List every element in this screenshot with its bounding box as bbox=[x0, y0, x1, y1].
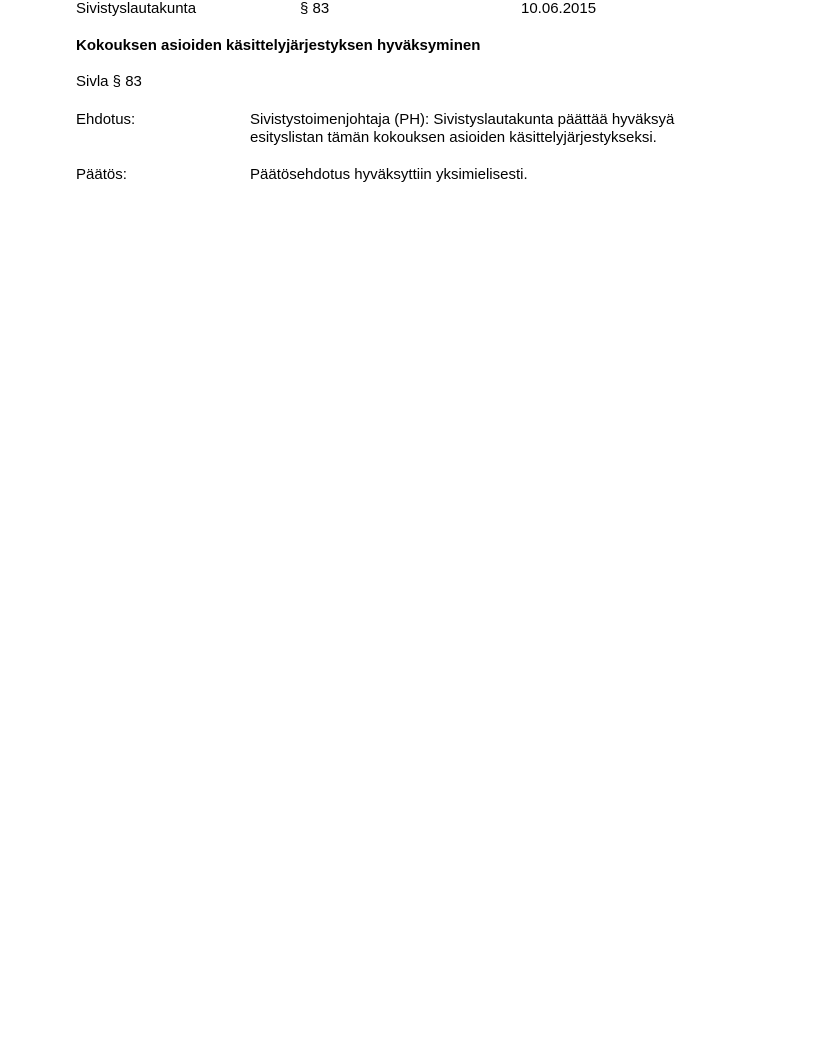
document-title: Kokouksen asioiden käsittelyjärjestyksen… bbox=[76, 37, 480, 55]
header-date: 10.06.2015 bbox=[521, 0, 596, 17]
document-reference: Sivla § 83 bbox=[76, 73, 142, 91]
decision-line: Päätösehdotus hyväksyttiin yksimielisest… bbox=[250, 166, 730, 184]
proposal-label: Ehdotus: bbox=[76, 111, 135, 129]
proposal-text: Sivistystoimenjohtaja (PH): Sivistyslaut… bbox=[250, 111, 730, 147]
decision-label: Päätös: bbox=[76, 166, 127, 184]
header-organization: Sivistyslautakunta bbox=[76, 0, 196, 17]
proposal-line: Sivistystoimenjohtaja (PH): Sivistyslaut… bbox=[250, 111, 730, 129]
document-page: Sivistyslautakunta § 83 10.06.2015 Kokou… bbox=[0, 0, 816, 1056]
header-section-number: § 83 bbox=[300, 0, 329, 17]
decision-text: Päätösehdotus hyväksyttiin yksimielisest… bbox=[250, 166, 730, 184]
proposal-line: esityslistan tämän kokouksen asioiden kä… bbox=[250, 129, 730, 147]
